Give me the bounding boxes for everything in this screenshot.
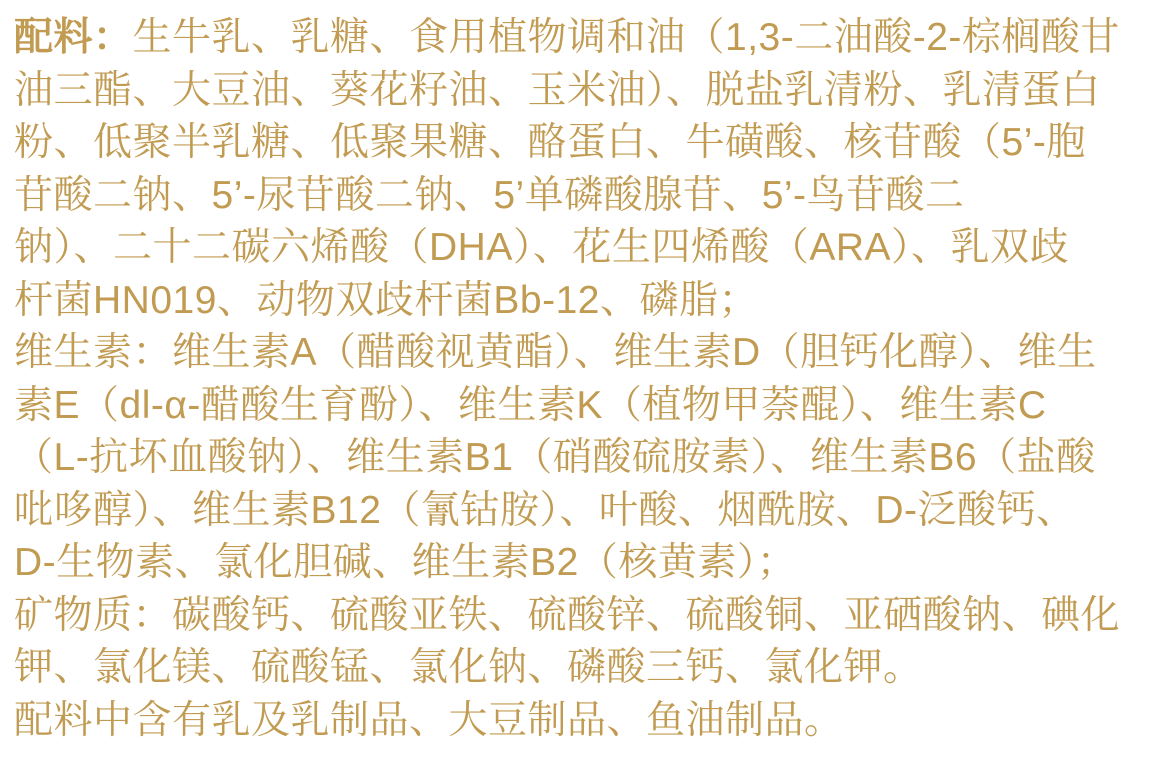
ingredients-text-block: 配料：生牛乳、乳糖、食用植物调和油（1,3-二油酸-2-棕榈酸甘 油三酯、大豆油… <box>14 12 1142 747</box>
ingredients-line: 杆菌HN019、动物双歧杆菌Bb-12、磷脂； <box>14 275 1142 328</box>
ingredients-line: 油三酯、大豆油、葵花籽油、玉米油）、脱盐乳清粉、乳清蛋白 <box>14 65 1142 118</box>
minerals-line: 矿物质：碳酸钙、硫酸亚铁、硫酸锌、硫酸铜、亚硒酸钠、碘化 <box>14 590 1142 643</box>
ingredients-line: 苷酸二钠、5’-尿苷酸二钠、5’单磷酸腺苷、5’-鸟苷酸二 <box>14 170 1142 223</box>
vitamins-line: 维生素：维生素A（醋酸视黄酯）、维生素D（胆钙化醇）、维生 <box>14 327 1142 380</box>
vitamins-line: D-生物素、氯化胆碱、维生素B2（核黄素）； <box>14 537 1142 590</box>
ingredients-line-text: 生牛乳、乳糖、食用植物调和油（1,3-二油酸-2-棕榈酸甘 <box>133 16 1120 59</box>
ingredients-label-page: 配料：生牛乳、乳糖、食用植物调和油（1,3-二油酸-2-棕榈酸甘 油三酯、大豆油… <box>0 0 1154 762</box>
minerals-line: 钾、氯化镁、硫酸锰、氯化钠、磷酸三钙、氯化钾。 <box>14 642 1142 695</box>
ingredients-heading: 配料： <box>14 16 133 59</box>
ingredients-line: 钠）、二十二碳六烯酸（DHA）、花生四烯酸（ARA）、乳双歧 <box>14 222 1142 275</box>
ingredients-line: 粉、低聚半乳糖、低聚果糖、酪蛋白、牛磺酸、核苷酸（5’-胞 <box>14 117 1142 170</box>
allergen-line: 配料中含有乳及乳制品、大豆制品、鱼油制品。 <box>14 695 1142 748</box>
vitamins-line: 吡哆醇）、维生素B12（氰钴胺）、叶酸、烟酰胺、D-泛酸钙、 <box>14 485 1142 538</box>
vitamins-line: 素E（dl-α-醋酸生育酚）、维生素K（植物甲萘醌）、维生素C <box>14 380 1142 433</box>
ingredients-line: 配料：生牛乳、乳糖、食用植物调和油（1,3-二油酸-2-棕榈酸甘 <box>14 12 1142 65</box>
vitamins-line: （L-抗坏血酸钠）、维生素B1（硝酸硫胺素）、维生素B6（盐酸 <box>14 432 1142 485</box>
